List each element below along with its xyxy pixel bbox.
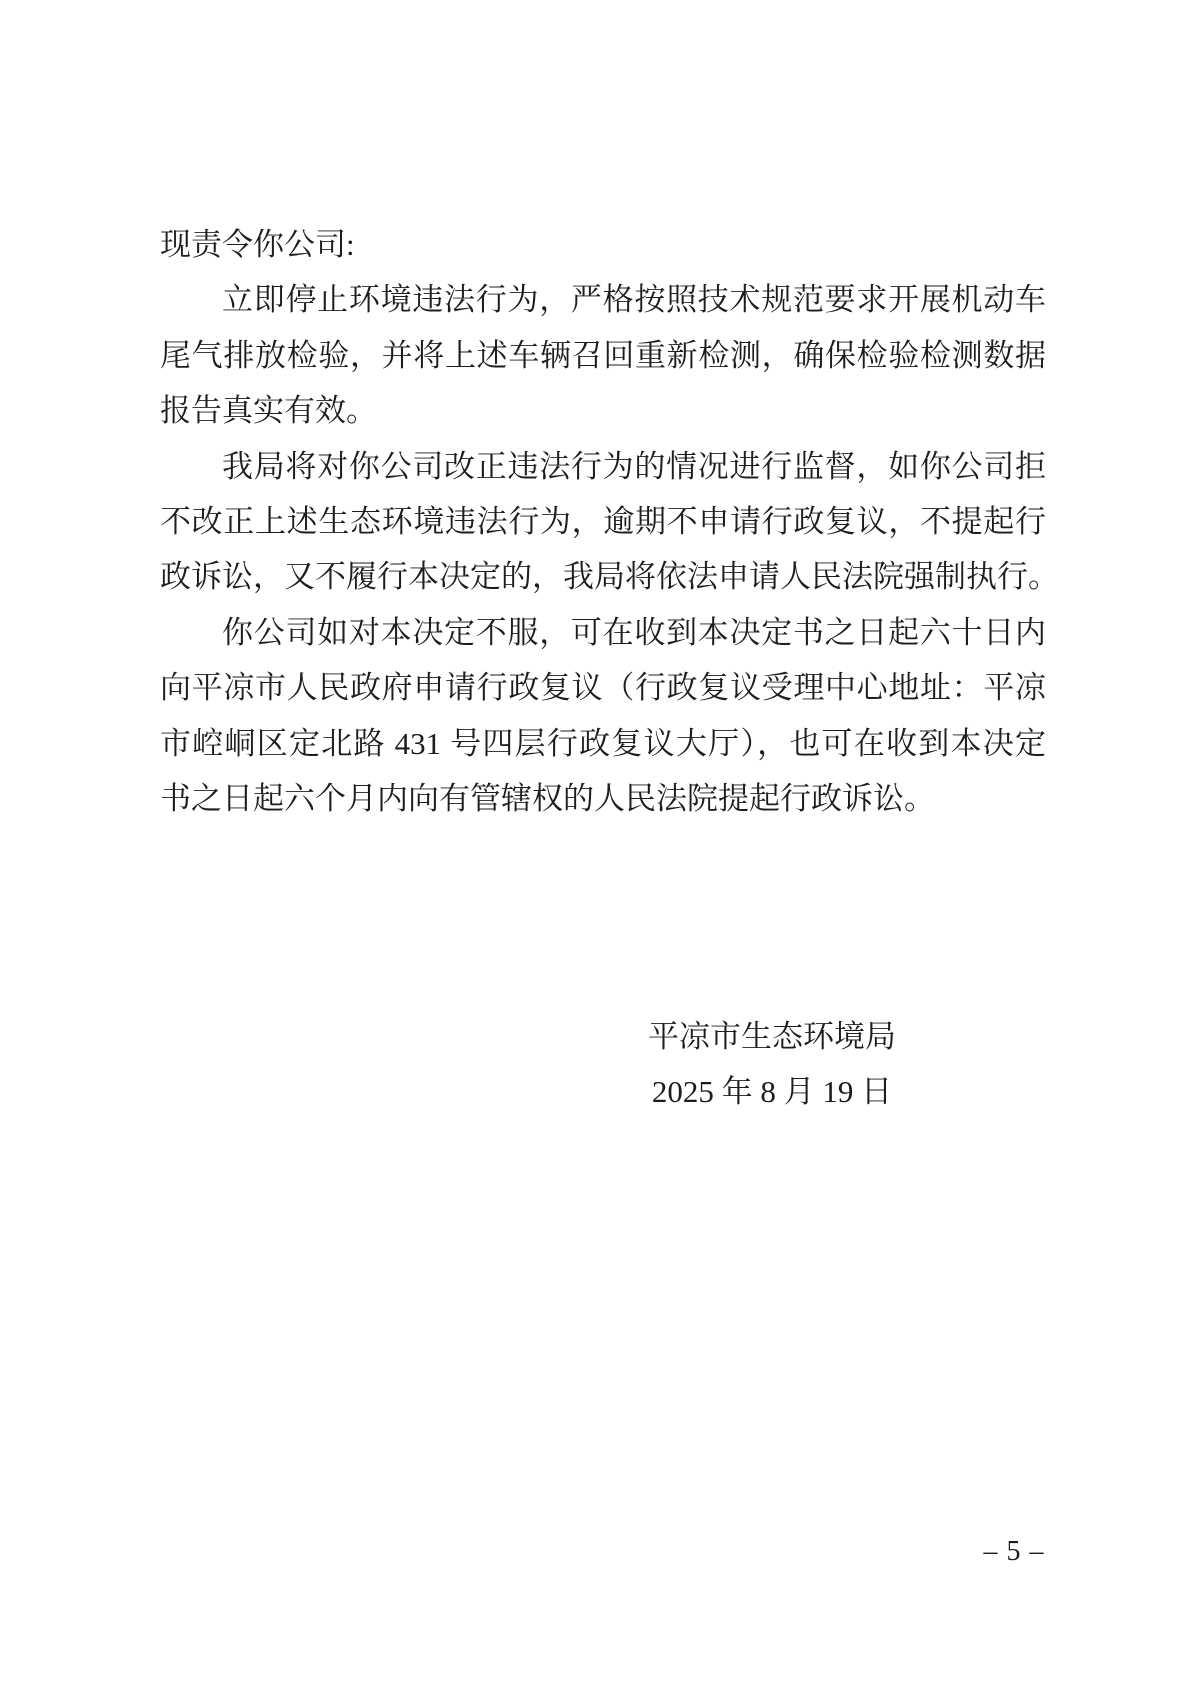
text-line: 向平凉市人民政府申请行政复议（行政复议受理中心地址：平凉 xyxy=(160,660,1046,715)
text-line: 市崆峒区定北路 431 号四层行政复议大厅），也可在收到本决定 xyxy=(160,716,1046,771)
signature-block: 平凉市生态环境局 2025 年 8 月 19 日 xyxy=(602,1009,942,1120)
text-line: 政诉讼，又不履行本决定的，我局将依法申请人民法院强制执行。 xyxy=(160,549,1046,604)
issuing-authority: 平凉市生态环境局 xyxy=(602,1009,942,1064)
document-body: 现责令你公司:立即停止环境违法行为，严格按照技术规范要求开展机动车尾气排放检验，… xyxy=(160,217,1046,826)
text-line: 我局将对你公司改正违法行为的情况进行监督，如你公司拒 xyxy=(160,439,1046,494)
text-line: 你公司如对本决定不服，可在收到本决定书之日起六十日内 xyxy=(160,605,1046,660)
text-line: 书之日起六个月内向有管辖权的人民法院提起行政诉讼。 xyxy=(160,771,1046,826)
document-page: 现责令你公司:立即停止环境违法行为，严格按照技术规范要求开展机动车尾气排放检验，… xyxy=(0,0,1199,1696)
text-line: 立即停止环境违法行为，严格按照技术规范要求开展机动车 xyxy=(160,272,1046,327)
issue-date: 2025 年 8 月 19 日 xyxy=(602,1064,942,1119)
page-number: – 5 – xyxy=(944,1537,1084,1567)
text-line: 尾气排放检验，并将上述车辆召回重新检测，确保检验检测数据 xyxy=(160,328,1046,383)
text-line: 不改正上述生态环境违法行为，逾期不申请行政复议，不提起行 xyxy=(160,494,1046,549)
text-line: 现责令你公司: xyxy=(160,217,1046,272)
text-line: 报告真实有效。 xyxy=(160,383,1046,438)
